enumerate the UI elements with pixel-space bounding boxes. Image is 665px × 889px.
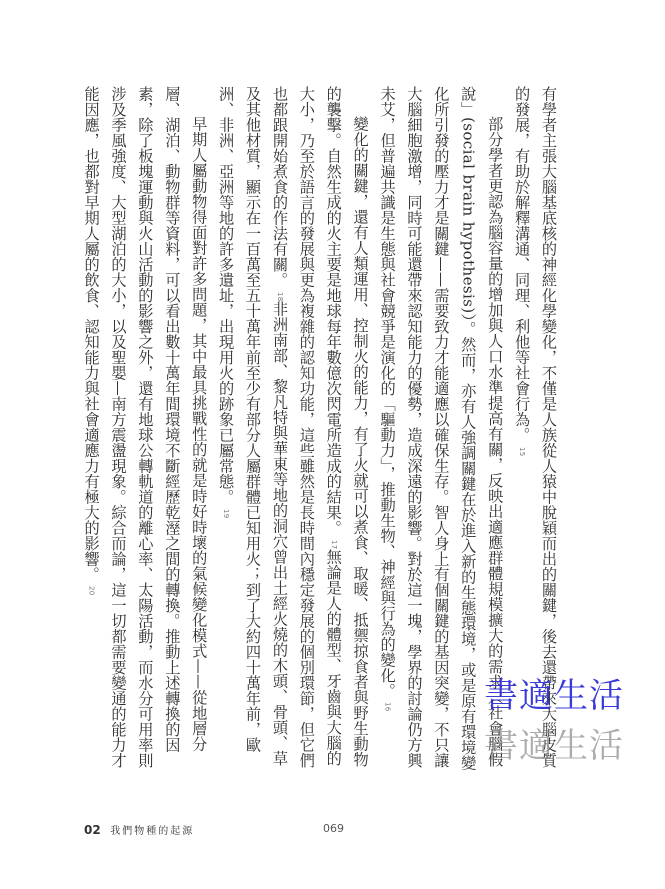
watermark-secondary: 書適生活: [484, 718, 624, 767]
chapter-title: 我們物種的起源: [110, 826, 194, 837]
watermark-primary: 書適生活: [484, 668, 624, 717]
paragraph-4: 早期人屬動物得面對許多問題，其中最具挑戰性的就是時好時壞的氣候變化模式——從地層…: [78, 86, 213, 776]
footnote-ref-20[interactable]: 20: [88, 586, 96, 596]
footnote-ref-17[interactable]: 17: [330, 540, 338, 550]
chapter-number: 02: [84, 823, 101, 837]
footnote-ref-19[interactable]: 19: [222, 509, 230, 519]
footnote-ref-18[interactable]: 18: [276, 292, 284, 302]
paragraph-text: 有學者主張大腦基底核的神經化學變化，不僅是人族從人猿中脫穎而出的關鍵，後去還帶來…: [513, 86, 558, 768]
paragraph-text: 早期人屬動物得面對許多問題，其中最具挑戰性的就是時好時壞的氣候變化模式——從地層…: [83, 86, 209, 768]
footnote-ref-15[interactable]: 15: [518, 447, 526, 457]
book-page: 有學者主張大腦基底核的神經化學變化，不僅是人族從人猿中脫穎而出的關鍵，後去還帶來…: [0, 0, 665, 889]
paragraph-3: 變化的關鍵，還有人類運用、控制火的能力，有了火就可以煮食、取暖、抵禦掠食者與野生…: [212, 86, 373, 776]
page-number: 069: [323, 822, 344, 835]
footnote-ref-16[interactable]: 16: [384, 702, 392, 712]
